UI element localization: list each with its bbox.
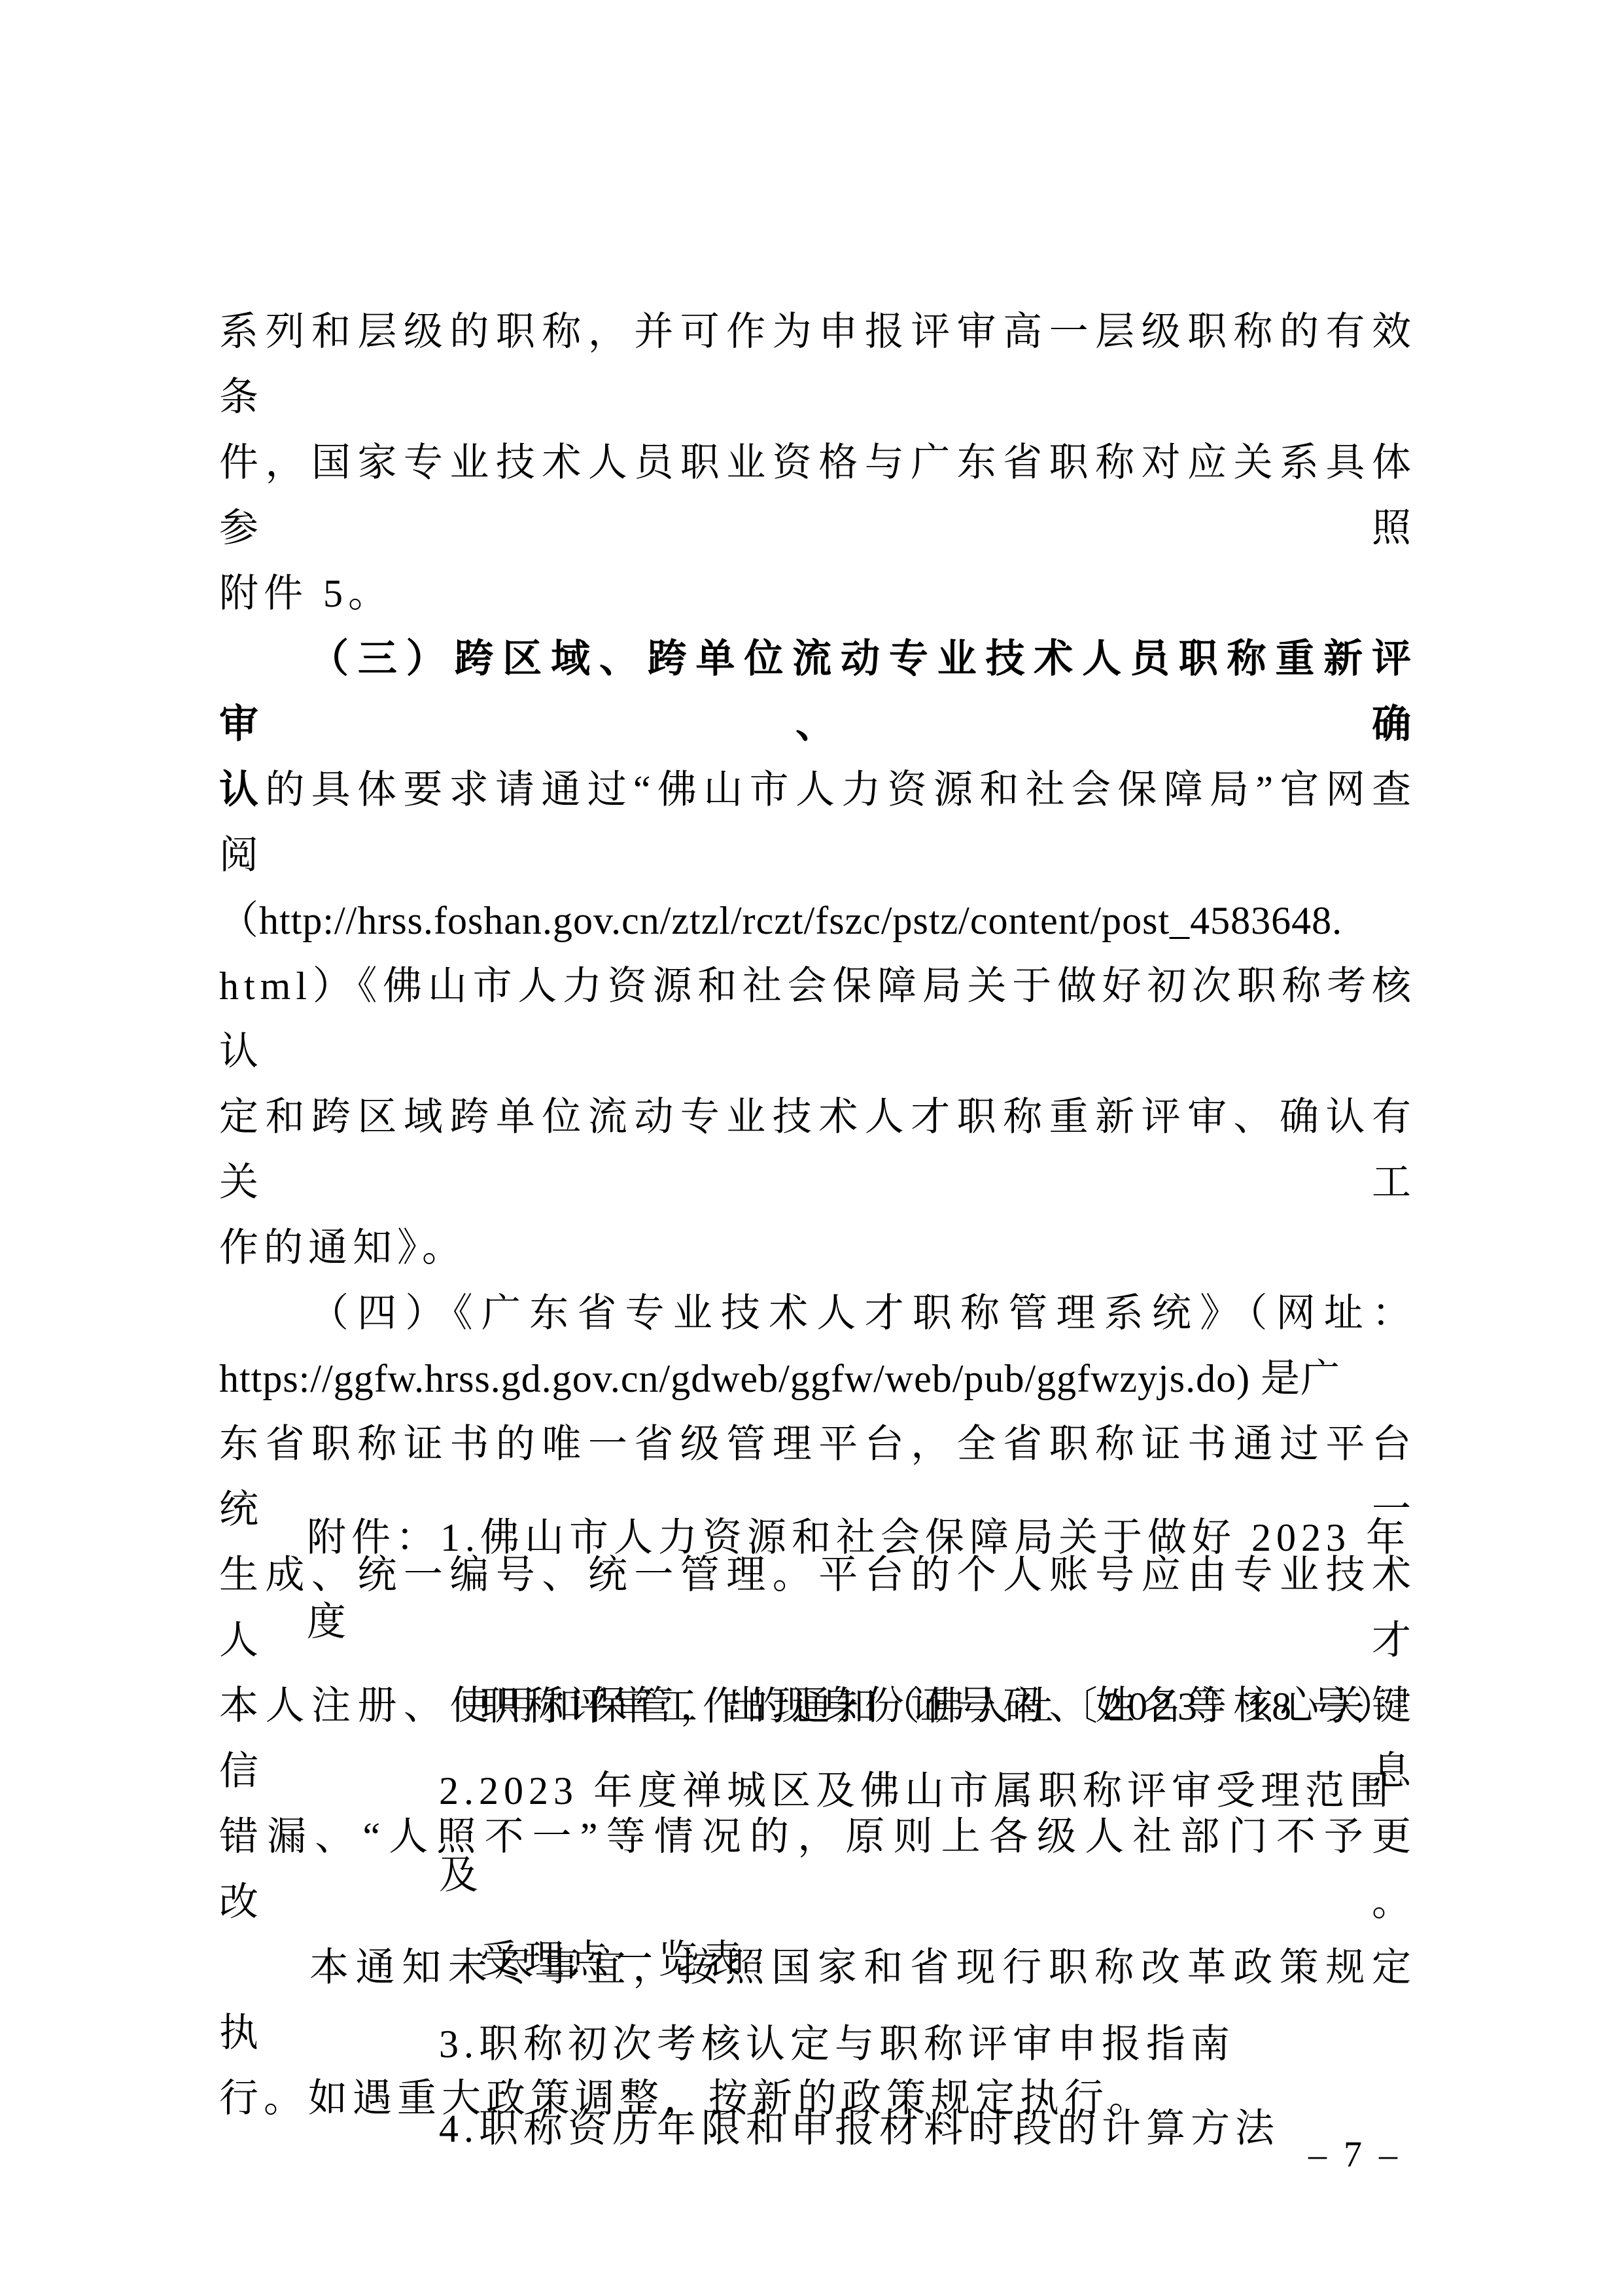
body-line-2: 件，国家专业技术人员职业资格与广东省职称对应关系具体参照 — [219, 430, 1416, 561]
attachment-item-number: 3. — [439, 2022, 479, 2066]
body-line-6-url: （http://hrss.foshan.gov.cn/ztzl/rczt/fsz… — [219, 888, 1416, 953]
attachment-item-1-line-2: 职称评审工作的通知（佛人社〔2023〕18 号） — [219, 1665, 1416, 1749]
line-text: 的具体要求请通过“佛山市人力资源和社会保障局”官网查阅 — [219, 768, 1416, 877]
attachment-item-number: 4. — [439, 2107, 479, 2150]
attachment-item-text: 2023 年度禅城区及佛山市属职称评审受理范围及 — [439, 1769, 1394, 1897]
attachment-label: 附件： — [307, 1516, 440, 1559]
page-number: – 7 – — [1308, 2132, 1401, 2178]
attachment-item-text: 职称初次考核认定与职称评审申报指南 — [479, 2022, 1235, 2066]
body-line-1: 系列和层级的职称，并可作为申报评审高一层级职称的有效条 — [219, 299, 1416, 430]
attachment-item-3-line-1: 3.职称初次考核认定与职称评审申报指南 — [219, 2002, 1416, 2087]
body-line-10-section-heading: （四）《广东省专业技术人才职称管理系统》（网址： — [219, 1280, 1416, 1346]
attachment-item-number: 2. — [439, 1769, 479, 1812]
body-line-3: 附件 5。 — [219, 561, 1416, 626]
attachment-item-4-line-1: 4.职称资历年限和申报材料时段的计算方法 — [219, 2087, 1416, 2171]
attachment-item-1-line-1: 附件：1.佛山市人力资源和社会保障局关于做好 2023 年度 — [219, 1496, 1416, 1665]
body-line-8: 定和跨区域跨单位流动专业技术人才职称重新评审、确认有关工 — [219, 1084, 1416, 1215]
document-page: 系列和层级的职称，并可作为申报评审高一层级职称的有效条 件，国家专业技术人员职业… — [0, 0, 1623, 2296]
attachment-item-2-line-2: 受理点一览表 — [219, 1918, 1416, 2002]
body-line-4-section-heading: （三）跨区域、跨单位流动专业技术人员职称重新评审、确 — [219, 626, 1416, 757]
attachment-item-text: 职称资历年限和申报材料时段的计算方法 — [479, 2107, 1280, 2150]
body-line-9: 作的通知》。 — [219, 1215, 1416, 1280]
bold-lead-char: 认 — [219, 768, 265, 811]
attachment-list: 附件：1.佛山市人力资源和社会保障局关于做好 2023 年度 职称评审工作的通知… — [219, 1496, 1416, 2171]
attachment-item-number: 1. — [440, 1516, 480, 1559]
body-line-11-url: https://ggfw.hrss.gd.gov.cn/gdweb/ggfw/w… — [219, 1346, 1416, 1411]
attachment-item-2-line-1: 2.2023 年度禅城区及佛山市属职称评审受理范围及 — [219, 1749, 1416, 1918]
body-line-7: html）《佛山市人力资源和社会保障局关于做好初次职称考核认 — [219, 953, 1416, 1084]
body-line-5: 认的具体要求请通过“佛山市人力资源和社会保障局”官网查阅 — [219, 757, 1416, 888]
